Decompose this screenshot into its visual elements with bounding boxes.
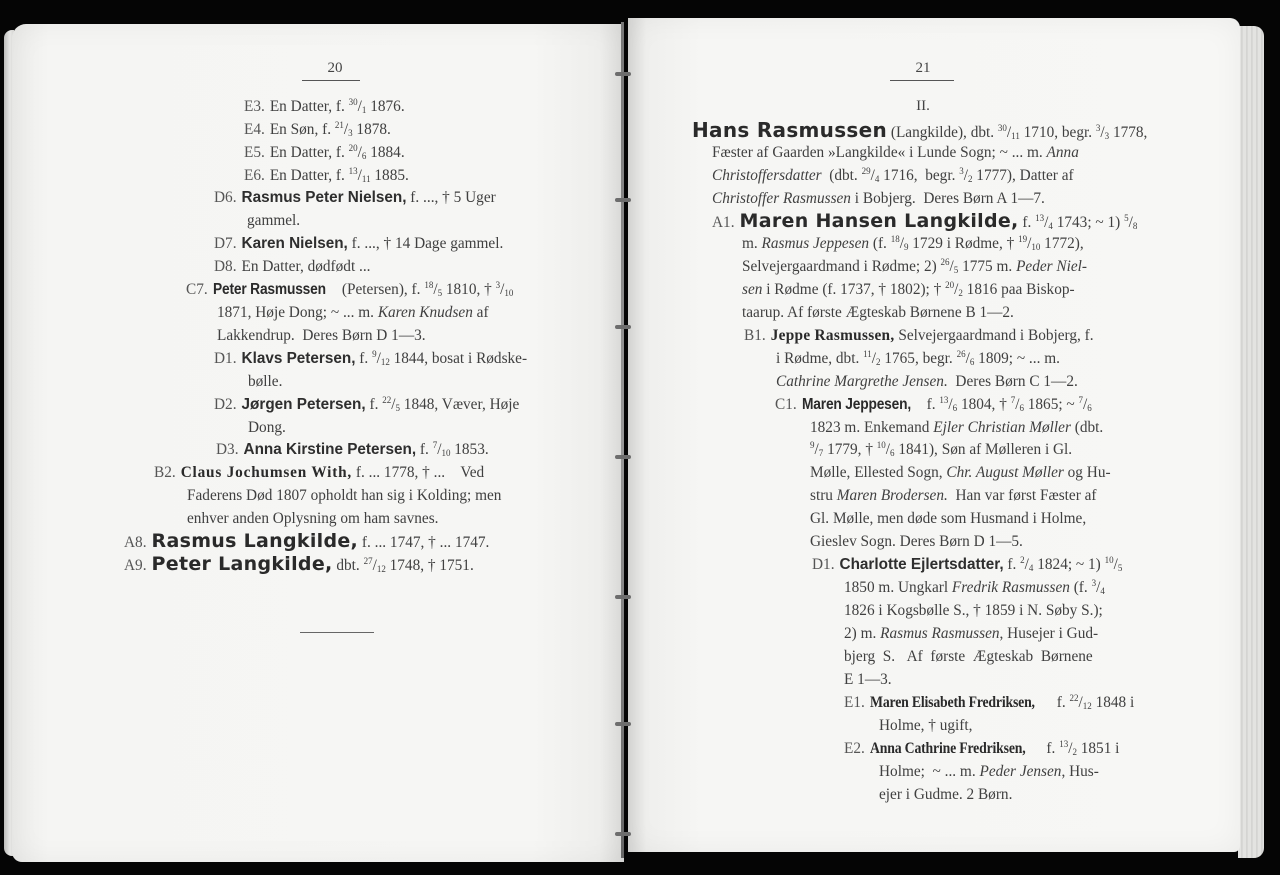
entry-D1-left: D1.Klavs Petersen, f. 9/12 1844, bosat i… (214, 348, 527, 371)
entry-D2: D2.Jørgen Petersen, f. 22/5 1848, Væver,… (214, 394, 519, 417)
entry-A1-line-4: sen i Rødme (f. 1737, † 1802); † 20/2 18… (742, 279, 1075, 302)
entry-B1-line-2: i Rødme, dbt. 11/2 1765, begr. 26/6 1809… (776, 348, 1060, 371)
page-number-rule (302, 80, 360, 81)
entry-A8: A8.Rasmus Langkilde, f. ... 1747, † ... … (124, 530, 489, 555)
entry-C7-cont: 1871, Høje Dong; ~ ... m. Karen Knudsen … (217, 302, 489, 325)
entry-A9: A9.Peter Langkilde, dbt. 27/12 1748, † 1… (124, 553, 474, 578)
entry-C1-line-6: Gl. Mølle, men døde som Husmand i Holme, (810, 508, 1086, 531)
open-book-scan: 20 E3.En Datter, f. 30/1 1876. E4.En Søn… (0, 0, 1280, 875)
entry-E5: E5.En Datter, f. 20/6 1884. (244, 142, 405, 165)
end-of-section-rule (300, 632, 374, 633)
entry-D7: D7.Karen Nielsen, f. ..., † 14 Dage gamm… (214, 233, 503, 256)
entry-E3: E3.En Datter, f. 30/1 1876. (244, 96, 405, 119)
head-entry-line-3: Christoffersdatter (dbt. 29/4 1716, begr… (712, 165, 1074, 188)
entry-C1-line-7: Gieslev Sogn. Deres Børn D 1—5. (810, 531, 1023, 554)
entry-D8: D8.En Datter, dødfødt ... (214, 256, 371, 279)
book-spine (621, 22, 624, 858)
entry-E2: E2.Anna Cathrine Fredriksen, f. 13/2 185… (844, 738, 1119, 761)
entry-B2-cont2: enhver anden Oplysning om ham savnes. (187, 508, 439, 531)
entry-E1: E1.Maren Elisabeth Fredriksen, f. 22/12 … (844, 692, 1134, 715)
entry-C1: C1.Maren Jeppesen, f. 13/6 1804, † 7/6 1… (775, 394, 1092, 417)
entry-C7-cont2: Lakkendrup. Deres Børn D 1—3. (217, 325, 426, 348)
right-page-stack-edge (1238, 26, 1264, 858)
entry-E2-line-2: Holme; ~ ... m. Peder Jensen, Hus- (879, 761, 1099, 784)
entry-D1-right-line-2: 1850 m. Ungkarl Fredrik Rasmussen (f. 3/… (844, 577, 1105, 600)
head-entry-line-4: Christoffer Rasmussen i Bobjerg. Deres B… (712, 188, 1045, 211)
entry-D1-right-line-6: E 1—3. (844, 669, 892, 692)
spine-stitch (615, 325, 631, 329)
entry-D1-right: D1.Charlotte Ejlertsdatter, f. 2/4 1824;… (812, 554, 1122, 577)
entry-B2: B2.Claus Jochumsen With, f. ... 1778, † … (154, 462, 484, 485)
spine-stitch (615, 198, 631, 202)
entry-C1-line-4: Mølle, Ellested Sogn, Chr. August Møller… (810, 462, 1111, 485)
entry-C1-line-5: stru Maren Brodersen. Han var først Fæst… (810, 485, 1097, 508)
entry-A1-line-2: m. Rasmus Jeppesen (f. 18/9 1729 i Rødme… (742, 233, 1084, 256)
entry-D1-right-line-4: 2) m. Rasmus Rasmussen, Husejer i Gud- (844, 623, 1098, 646)
entry-A1-line-5: taarup. Af første Ægteskab Børnene B 1—2… (742, 302, 1014, 325)
spine-stitch (615, 832, 631, 836)
entry-D1-right-line-3: 1826 i Kogsbølle S., † 1859 i N. Søby S.… (844, 600, 1103, 623)
entry-E1-line-2: Holme, † ugift, (879, 715, 972, 738)
head-entry: Hans Rasmussen (Langkilde), dbt. 30/11 1… (692, 119, 1147, 145)
entry-D6-cont: gammel. (247, 210, 300, 233)
page-number-rule (890, 80, 954, 81)
page-number-right: 21 (898, 60, 948, 77)
head-entry-line-2: Fæster af Gaarden »Langkilde« i Lunde So… (712, 142, 1079, 165)
entry-C1-line-2: 1823 m. Enkemand Ejler Christian Møller … (810, 417, 1103, 440)
section-numeral: II. (898, 98, 948, 115)
entry-D2-cont: Dong. (248, 417, 286, 440)
entry-B1-line-3: Cathrine Margrethe Jensen. Deres Børn C … (776, 371, 1078, 394)
entry-D3: D3.Anna Kirstine Petersen, f. 7/10 1853. (216, 439, 489, 462)
spine-stitch (615, 72, 631, 76)
entry-A1: A1.Maren Hansen Langkilde, f. 13/4 1743;… (712, 210, 1137, 235)
page-number-left: 20 (310, 60, 360, 77)
entry-C7: C7.Peter Rasmussen (Petersen), f. 18/5 1… (186, 279, 513, 302)
spine-stitch (615, 595, 631, 599)
entry-D1-right-line-5: bjerg S. Af første Ægteskab Børnene (844, 646, 1093, 669)
entry-B1: B1.Jeppe Rasmussen, Selvejergaardmand i … (744, 325, 1094, 348)
spine-stitch (615, 722, 631, 726)
entry-B2-cont: Faderens Død 1807 opholdt han sig i Kold… (187, 485, 501, 508)
entry-C1-line-3: 9/7 1779, † 10/6 1841), Søn af Mølleren … (810, 439, 1072, 462)
entry-E2-line-3: ejer i Gudme. 2 Børn. (879, 784, 1012, 807)
entry-A1-line-3: Selvejergaardmand i Rødme; 2) 26/5 1775 … (742, 256, 1087, 279)
spine-stitch (615, 455, 631, 459)
entry-E4: E4.En Søn, f. 21/3 1878. (244, 119, 391, 142)
entry-D1-left-cont: bølle. (248, 371, 282, 394)
entry-E6: E6.En Datter, f. 13/11 1885. (244, 165, 409, 188)
entry-D6: D6.Rasmus Peter Nielsen, f. ..., † 5 Uge… (214, 187, 496, 210)
